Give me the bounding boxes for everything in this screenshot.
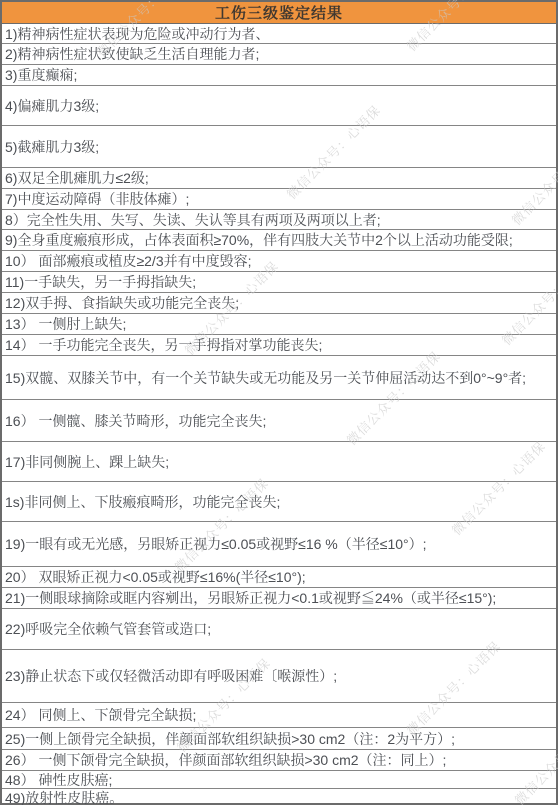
table-row: 14） 一手功能完全丧失，另一手拇指对掌功能丧失; bbox=[2, 335, 556, 356]
table-row: 25)一侧上颌骨完全缺损，伴颜面部软组织缺损>30 cm2（注：2为平方）; bbox=[2, 728, 556, 750]
table-title: 工伤三级鉴定结果 bbox=[2, 2, 556, 24]
table-row: 1)精神病性症状表现为危险或冲动行为者、 bbox=[2, 24, 556, 44]
table-row: 2)精神病性症状致使缺乏生活自理能力者; bbox=[2, 44, 556, 65]
table-row: 11)一手缺失，另一手拇指缺失; bbox=[2, 272, 556, 293]
table-row: 23)静止状态下或仅轻微活动即有呼吸困难〔喉源性）; bbox=[2, 650, 556, 703]
table-row: 8）完全性失用、失写、失读、失认等具有两项及两项以上者; bbox=[2, 210, 556, 230]
table-row: 3)重度癫痫; bbox=[2, 65, 556, 86]
table-row: 19)一眼有或无光感，另眼矫正视力≤0.05或视野≤16 %（半径≤10°）; bbox=[2, 522, 556, 567]
table-row: 48） 砷性皮肤癌; bbox=[2, 771, 556, 789]
table-row: 13） 一侧肘上缺失; bbox=[2, 314, 556, 335]
table-row: 24） 同侧上、下颌骨完全缺损; bbox=[2, 703, 556, 728]
table-row: 4)偏瘫肌力3级; bbox=[2, 86, 556, 126]
table-row: 9)全身重度瘢痕形成，占体表面积≥70%，伴有四肢大关节中2个以上活动功能受限; bbox=[2, 230, 556, 251]
table-row: 6)双足全肌瘫肌力≤2级; bbox=[2, 168, 556, 189]
table-row: 15)双髋、双膝关节中，有一个关节缺失或无功能及另一关节伸屈活动达不到0°~9°… bbox=[2, 356, 556, 400]
table-row: 10） 面部瘢痕或植皮≥2/3并有中度毁容; bbox=[2, 251, 556, 272]
table-row: 12)双手拇、食指缺失或功能完全丧失; bbox=[2, 293, 556, 314]
table-row: 20） 双眼矫正视力<0.05或视野≤16%(半径≤10°); bbox=[2, 567, 556, 588]
table-row: 49)放射性皮肤癌。 bbox=[2, 789, 556, 805]
assessment-results-table: 工伤三级鉴定结果 1)精神病性症状表现为危险或冲动行为者、 2)精神病性症状致使… bbox=[0, 0, 558, 805]
table-row: 26） 一侧下颌骨完全缺损，伴颜面部软组织缺损>30 cm2（注：同上）; bbox=[2, 750, 556, 771]
table-row: 5)截瘫肌力3级; bbox=[2, 126, 556, 168]
assessment-results-page: 工伤三级鉴定结果 1)精神病性症状表现为危险或冲动行为者、 2)精神病性症状致使… bbox=[0, 0, 558, 805]
table-row: 22)呼吸完全依赖气管套管或造口; bbox=[2, 609, 556, 650]
table-row: 1s)非同侧上、下肢瘢痕畸形，功能完全丧失; bbox=[2, 482, 556, 522]
table-row: 7)中度运动障碍（非肢体瘫）; bbox=[2, 189, 556, 210]
table-row: 16） 一侧髋、膝关节畸形，功能完全丧失; bbox=[2, 400, 556, 442]
table-row: 17)非同侧腕上、踝上缺失; bbox=[2, 442, 556, 482]
table-row: 21)一侧眼球摘除或眶内容剜出，另眼矫正视力<0.1或视野≦24%（或半径≤15… bbox=[2, 588, 556, 609]
